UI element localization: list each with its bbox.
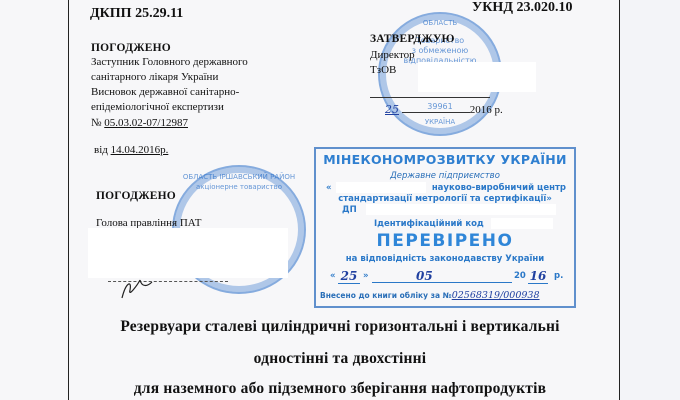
approval-heading-2: ПОГОДЖЕНО [96,190,176,202]
page-margin [620,0,680,400]
approval-heading-approve: ЗАТВЕРДЖУЮ [370,33,455,45]
document-title-line-2: одностінні та двохстінні [0,350,680,368]
conclusion-date: від 14.04.2016р. [94,143,168,158]
stamp-purpose: стандартизації метрології та сертифікаці… [316,194,574,204]
date-prefix: від [94,144,111,156]
document-title-line-3: для наземного або підземного зберігання … [0,380,680,398]
dkpp-code: ДКПП 25.29.11 [90,6,183,22]
stamp-compliance: на відповідність законодавству України [316,254,574,264]
stamp-enterprise-type: Державне підприємство [316,171,574,181]
approval-line: епідеміологічної експертизи [91,100,224,115]
stamp-registry: Внесено до книги обліку за №02568319/000… [316,290,574,301]
redacted-dp-name [366,204,556,215]
approve-day: 25 [385,103,399,116]
stamp-ministry: МІНЕКОНОМРОЗВИТКУ УКРАЇНИ [316,152,574,167]
right-border-line [619,0,620,400]
approval-line: Заступник Головного державного [91,55,248,70]
document-title-line-1: Резервуари сталеві циліндричні горизонта… [0,318,680,336]
number-prefix: № [91,117,104,129]
signature-line [370,97,490,98]
redacted-id-code [491,218,553,229]
redacted-organization [88,228,288,278]
redacted-company [418,62,536,92]
conclusion-number: № 05.03.02-07/12987 [91,116,188,131]
date-value: 14.04.2016р. [111,144,169,156]
approval-line: санітарного лікаря України [91,70,218,85]
approve-date: 25 2016 р. [385,102,503,118]
company-name: ТзОВ [370,63,396,78]
redacted-center-name [336,182,426,193]
uknd-code: УКНД 23.020.10 [472,0,572,16]
director-title: Директор [370,48,415,63]
left-border-line [68,0,69,400]
signature-icon [118,276,158,302]
stamp-status: ПЕРЕВІРЕНО [316,231,574,251]
approval-line: Висновок державної санітарно- [91,85,239,100]
approve-year: 2016 р. [470,104,503,116]
number-value: 05.03.02-07/12987 [104,117,188,129]
approval-heading-1: ПОГОДЖЕНО [91,42,171,54]
verification-stamp: МІНЕКОНОМРОЗВИТКУ УКРАЇНИ Державне підпр… [314,147,576,308]
